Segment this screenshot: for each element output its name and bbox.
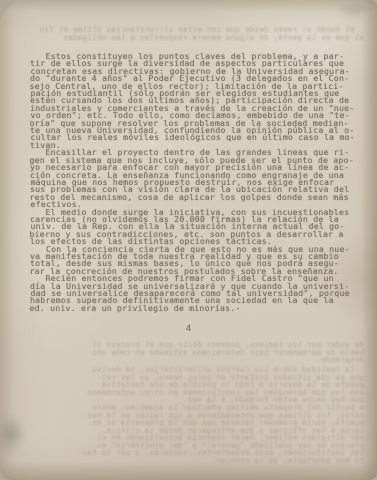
bleedthrough-text-top: el mundo al revés desde que con estas ci…: [30, 26, 364, 41]
bleedthrough-line: había de permanecer bajo determinada est…: [30, 349, 364, 357]
typed-line: cultar los reales móviles ideológicos qu…: [31, 134, 365, 141]
bleedthrough-line: al que es la gente, de alguna manera res…: [30, 34, 364, 42]
ink-smudge: [0, 414, 26, 454]
page-number: 4: [0, 324, 377, 334]
typed-line: efectivos.: [31, 201, 365, 208]
typed-text-body: Estos constituyen los puntos claves del …: [30, 53, 364, 312]
typed-line: gen el sistema que nos incluye, sólo pue…: [30, 157, 364, 164]
bleedthrough-text-middle: la realidad sobre los cuerpos universita…: [30, 366, 364, 404]
typed-line: Con la conciencia cierta de que esto no …: [31, 246, 365, 253]
ink-smudge: [335, 2, 375, 18]
typed-line: oría" que supone resolver los problemas …: [30, 120, 364, 127]
typed-line: rar la concreción de nuestros postulados…: [30, 268, 364, 275]
typed-line: bierno y sus contradicciones, etc. son p…: [30, 231, 364, 238]
typed-line: pación estudiantil (sólo podrán ser eleg…: [31, 90, 365, 97]
typed-line: ed. univ. era un privilegio de minorías.…: [30, 305, 364, 312]
bleedthrough-text-middle: de andar por los caminos, podemos decir …: [30, 341, 364, 364]
typed-line: dad se universalice desaparecerá como ta…: [31, 290, 365, 297]
bleedthrough-line: desprende.: [30, 356, 364, 364]
bleedthrough-line: to muy adaptable, ya se conocen.: [30, 457, 364, 465]
typed-line: máquina que nos hemos propuesto destruir…: [31, 179, 365, 186]
bleedthrough-text-bottom: a partir del proyecto emitido efectuar l…: [30, 404, 364, 464]
typed-line: concretan esas directivas: gobierno de l…: [31, 68, 365, 75]
scanned-page: el mundo al revés desde que con estas ci…: [0, 0, 377, 480]
